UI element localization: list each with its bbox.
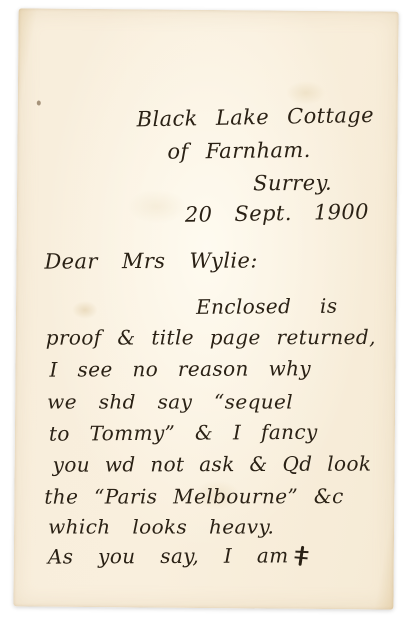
salutation-line: Dear Mrs Wylie: xyxy=(44,248,258,273)
body-line: to Tommy” & I fancy xyxy=(49,420,318,446)
body-line: As you say, I am xyxy=(48,543,289,568)
date-line: 20 Sept. 1900 xyxy=(185,200,369,227)
foxing-spot xyxy=(72,301,98,319)
foxing-spot xyxy=(286,81,326,105)
body-line: the “Paris Melbourne” &c xyxy=(44,484,343,509)
body-line: Enclosed is xyxy=(196,294,338,319)
foxing-spot xyxy=(37,101,41,106)
body-line: I see no reason why xyxy=(49,356,311,381)
body-line: which looks heavy. xyxy=(48,515,274,539)
foxing-spot xyxy=(127,189,187,224)
address-line-county: Surrey. xyxy=(253,171,332,196)
address-line-town: of Farnham. xyxy=(167,138,311,164)
body-line: you wd not ask & Qd look xyxy=(53,452,372,477)
body-line: proof & title page returned, xyxy=(46,325,376,350)
letter-photograph: Black Lake Cottage of Farnham. Surrey. 2… xyxy=(0,0,416,627)
letter-page: Black Lake Cottage of Farnham. Surrey. 2… xyxy=(13,8,398,609)
ink-deletion-mark xyxy=(298,546,304,566)
address-line-cottage: Black Lake Cottage xyxy=(136,103,374,132)
body-line: we shd say “sequel xyxy=(47,390,293,414)
